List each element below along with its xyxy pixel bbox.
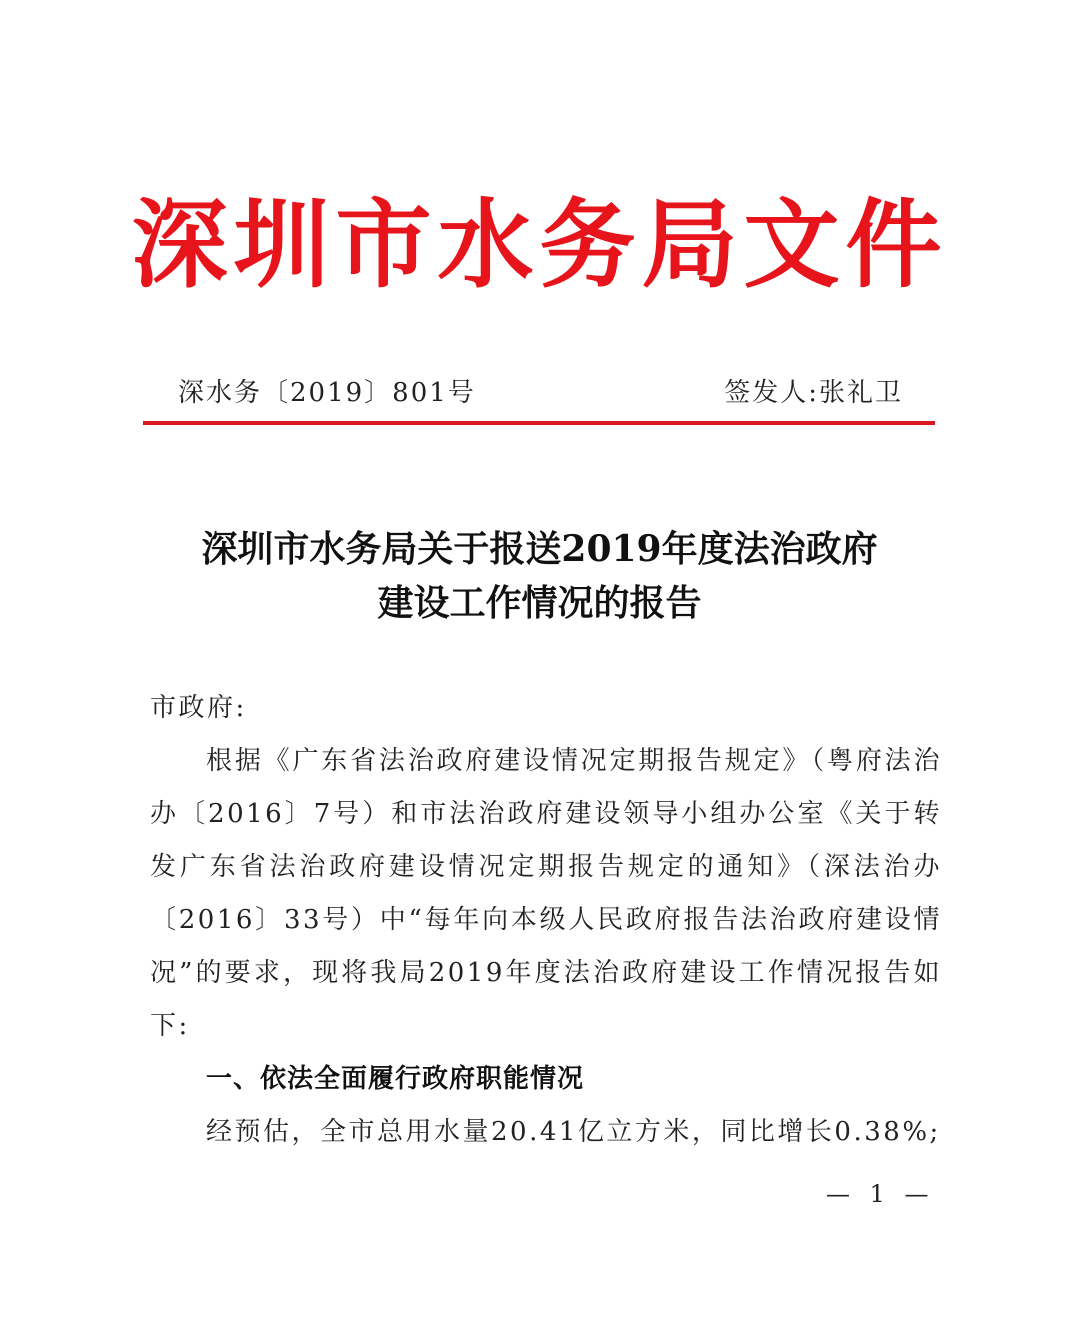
paragraph-water-usage: 经预估，全市总用水量20.41亿立方米，同比增长0.38%;: [150, 1106, 942, 1159]
title-line-1: 深圳市水务局关于报送2019年度法治政府: [0, 522, 1079, 576]
salutation: 市政府:: [150, 682, 942, 735]
document-meta: 深水务〔2019〕801号 签发人:张礼卫: [178, 372, 903, 412]
document-title: 深圳市水务局关于报送2019年度法治政府 建设工作情况的报告: [0, 522, 1079, 630]
paragraph-intro: 根据《广东省法治政府建设情况定期报告规定》（粤府法治办〔2016〕7号）和市法治…: [150, 735, 942, 1053]
red-divider: [143, 421, 935, 425]
signer-label: 签发人:: [724, 378, 819, 408]
section-heading-1: 一、依法全面履行政府职能情况: [150, 1053, 942, 1106]
signer: 签发人:张礼卫: [724, 372, 903, 409]
document-body: 市政府: 根据《广东省法治政府建设情况定期报告规定》（粤府法治办〔2016〕7号…: [150, 682, 942, 1159]
title-line-2: 建设工作情况的报告: [0, 576, 1079, 630]
masthead-title: 深圳市水务局文件: [0, 180, 1079, 310]
signer-name: 张礼卫: [819, 378, 903, 408]
document-number: 深水务〔2019〕801号: [178, 372, 476, 409]
page-number: — 1 —: [826, 1180, 935, 1208]
